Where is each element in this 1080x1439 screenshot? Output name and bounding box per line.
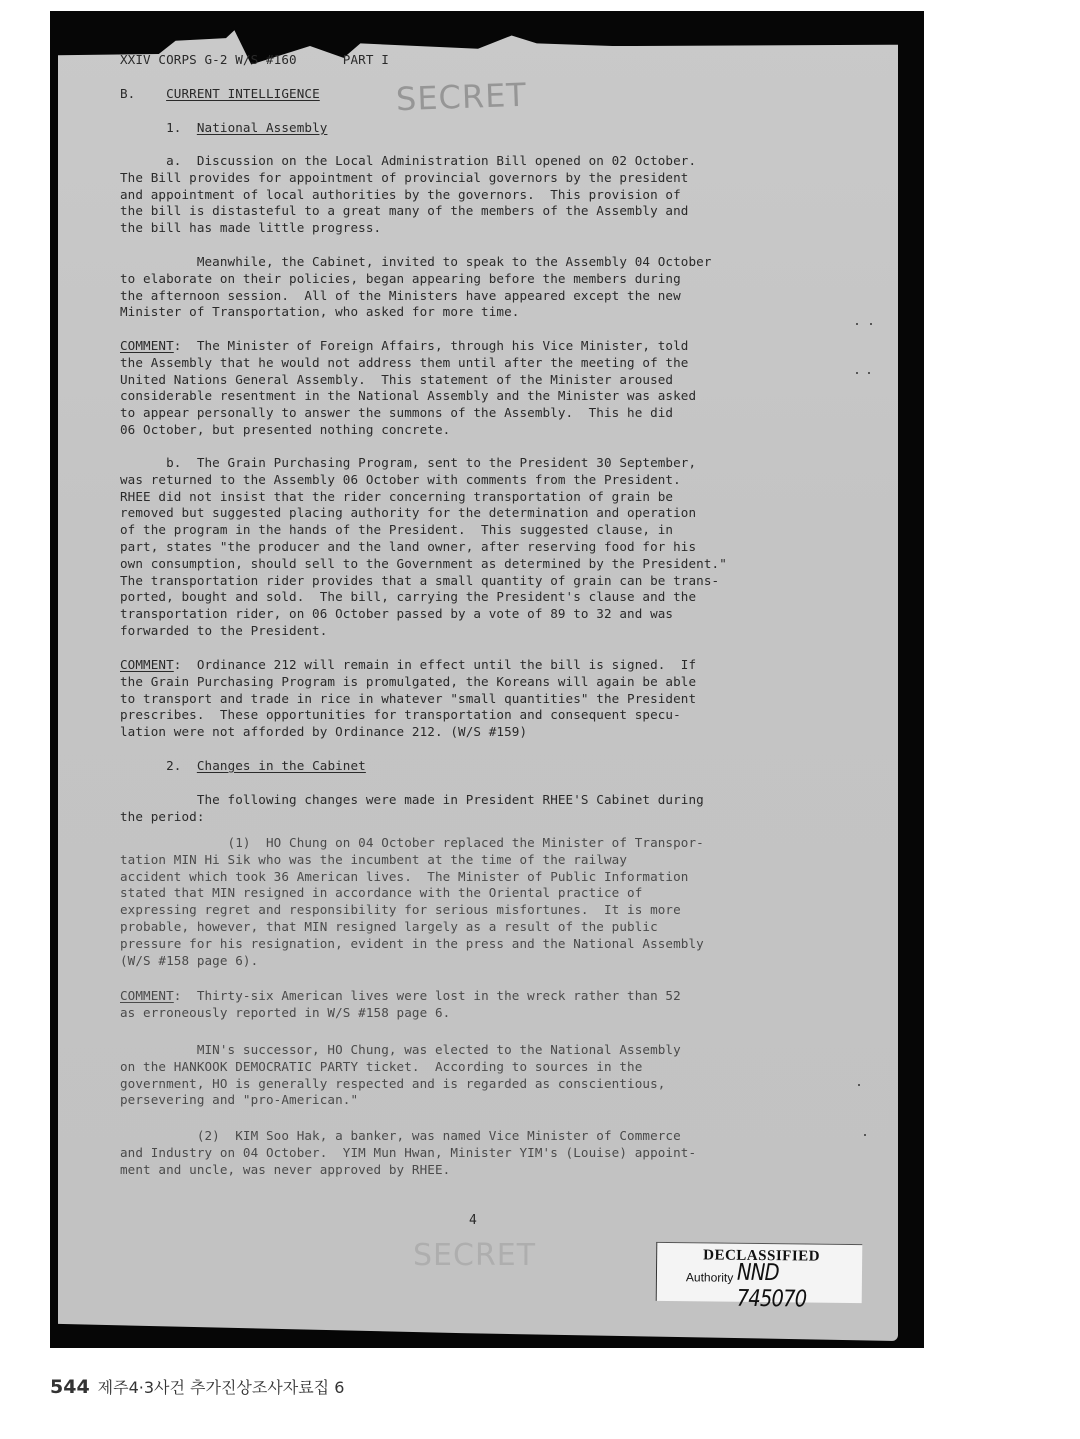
book-footer: 544제주4·3사건 추가진상조사자료집 6 — [50, 1375, 344, 1398]
paragraph-item-1: (1) HO Chung on 04 October replaced the … — [120, 835, 704, 969]
document-header: XXIV CORPS G-2 W/S #160 PART I — [120, 52, 389, 69]
comment-label: COMMENT — [120, 988, 174, 1003]
scan-speck — [856, 372, 858, 374]
item-2-label: 2. — [166, 758, 181, 773]
scan-speck — [856, 323, 858, 325]
scan-speck — [858, 1084, 860, 1086]
item-2-heading: 2. Changes in the Cabinet — [120, 758, 366, 775]
section-b-title: CURRENT INTELLIGENCE — [166, 86, 320, 101]
comment-label: COMMENT — [120, 657, 174, 672]
scan-speck — [868, 372, 870, 374]
book-page-number: 544 — [50, 1376, 90, 1398]
comment-3: COMMENT: Thirty-six American lives were … — [120, 988, 681, 1022]
paragraph-meanwhile: Meanwhile, the Cabinet, invited to speak… — [120, 254, 712, 321]
paragraph-successor: MIN's successor, HO Chung, was elected t… — [120, 1042, 681, 1109]
item-1-heading: 1. National Assembly — [120, 120, 327, 137]
secret-stamp-bottom: SECRET — [413, 1238, 536, 1273]
item-1-label: 1. — [166, 120, 181, 135]
paragraph-item-2: (2) KIM Soo Hak, a banker, was named Vic… — [120, 1128, 696, 1178]
item-2-title: Changes in the Cabinet — [197, 758, 366, 773]
comment-2: COMMENT: Ordinance 212 will remain in ef… — [120, 657, 696, 741]
secret-stamp-top: SECRET — [395, 76, 527, 119]
comment-1: COMMENT: The Minister of Foreign Affairs… — [120, 338, 696, 439]
section-b-label: B. — [120, 86, 135, 101]
paragraph-a: a. Discussion on the Local Administratio… — [120, 153, 696, 237]
item-1-title: National Assembly — [197, 120, 328, 135]
authority-number: NND 745070 — [737, 1260, 844, 1313]
book-title: 제주4·3사건 추가진상조사자료집 6 — [98, 1378, 345, 1397]
comment-label: COMMENT — [120, 338, 174, 353]
scan-speck — [864, 1134, 866, 1136]
paragraph-following: The following changes were made in Presi… — [120, 792, 704, 826]
scan-speck — [870, 323, 872, 325]
declassified-label: DECLASSIFIED Authority NND 745070 — [656, 1242, 863, 1303]
authority-label: Authority — [686, 1270, 734, 1284]
paragraph-b: b. The Grain Purchasing Program, sent to… — [120, 455, 727, 640]
section-b-heading: B. CURRENT INTELLIGENCE — [120, 86, 320, 103]
document-page-number: 4 — [469, 1213, 477, 1228]
